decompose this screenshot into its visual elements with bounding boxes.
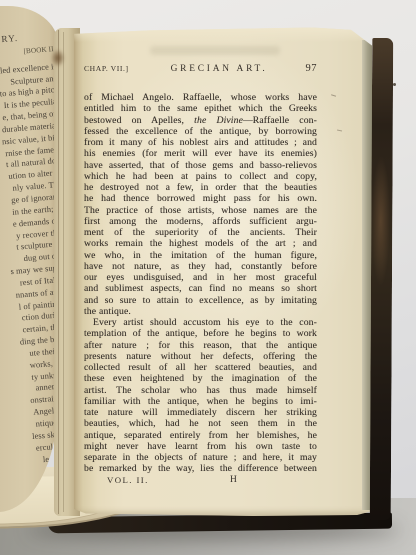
paragraph: of Michael Angelo. Raffaelle, whose work…	[84, 92, 317, 317]
book-cover-right-edge	[370, 38, 394, 520]
text-line: of Michael Angelo. Raffaelle, whose work…	[84, 92, 317, 103]
text-line: ment of the superiority of the ancients.…	[84, 227, 317, 238]
text-line: might never have learnt from his own tas…	[84, 441, 317, 452]
text-line: tate nature will immediately discern her…	[84, 407, 317, 418]
right-page: CHAP. VII.] GRECIAN ART. 97 of Michael A…	[74, 26, 372, 516]
text-line: Every artist should accustom his eye to …	[84, 317, 317, 328]
text-line: be remarked by the way, lies the differe…	[84, 463, 317, 474]
gutter-crease	[58, 30, 59, 514]
text-line: which he had been at pains to collect an…	[84, 171, 317, 182]
page-title: GRECIAN ART.	[129, 64, 306, 74]
left-page: ORY.[BOOK II.lled excellence isSculpture…	[0, 6, 58, 512]
chapter-label: CHAP. VII.]	[84, 64, 129, 73]
paragraph: Every artist should accustom his eye to …	[84, 317, 317, 475]
text-line: presents nature without her defects, off…	[84, 351, 317, 362]
text-line: The practice of those artists, whose nam…	[84, 205, 317, 216]
text-line: he destroyed not a few, in order that th…	[84, 182, 317, 193]
left-page-text-fragment: [BOOK II.	[0, 44, 56, 61]
page-number: 97	[306, 63, 318, 74]
text-line: separate in the objects of nature ; and …	[84, 452, 317, 463]
text-line: collected result of all her scattered be…	[84, 362, 317, 373]
volume-label: VOL. II.	[107, 475, 149, 485]
text-line: familiar with the antique, when he begin…	[84, 396, 317, 407]
text-line: fessed the excellence of the antique, by…	[84, 126, 317, 137]
signature-mark: H	[230, 475, 237, 485]
running-header: CHAP. VII.] GRECIAN ART. 97	[84, 63, 317, 74]
text-line: works remain the highest models of the a…	[84, 238, 317, 249]
ink-mark	[337, 129, 342, 131]
text-line: the antique.	[84, 306, 317, 317]
text-line: beauties, which, had he not seen them in…	[84, 418, 317, 429]
body-text: of Michael Angelo. Raffaelle, whose work…	[84, 92, 317, 475]
text-line: our eyes undisguised, and in her most gr…	[84, 272, 317, 283]
text-line: entitled him to the same epithet which t…	[84, 103, 317, 114]
gutter-crease	[63, 32, 64, 512]
stain	[52, 50, 64, 66]
text-line: have asserted, that of those gems and ba…	[84, 160, 317, 171]
text-line: templation of the antique, before he beg…	[84, 328, 317, 339]
speck	[393, 83, 396, 86]
text-line: bestowed on Apelles, the Divine—Raffaell…	[84, 115, 317, 126]
text-line: we who, in the imitation of the human fi…	[84, 250, 317, 261]
text-line: antique, separated entirely from her ble…	[84, 430, 317, 441]
text-line: these even heightened by the imagination…	[84, 373, 317, 384]
text-line: after nature ; for this reason, that the…	[84, 340, 317, 351]
text-line: he had thence borrowed might pass for hi…	[84, 193, 317, 204]
text-line: from it many of his noblest airs and att…	[84, 137, 317, 148]
ink-show-through	[150, 46, 280, 55]
text-line: artist. The scholar who has thus made hi…	[84, 385, 317, 396]
text-line: first among the moderns, affords suffici…	[84, 216, 317, 227]
left-page-text: ORY.[BOOK II.lled excellence isSculpture…	[0, 30, 58, 467]
book-photo: ORY.[BOOK II.lled excellence isSculpture…	[0, 0, 416, 555]
text-line: have not nature, as they had, constantly…	[84, 261, 317, 272]
text-line: and so sure to attain to excellence, as …	[84, 295, 317, 306]
text-line: and sublimest aspects, can find no means…	[84, 283, 317, 294]
text-line: his enemies (for merit will ever have it…	[84, 148, 317, 159]
ink-mark	[331, 94, 336, 97]
